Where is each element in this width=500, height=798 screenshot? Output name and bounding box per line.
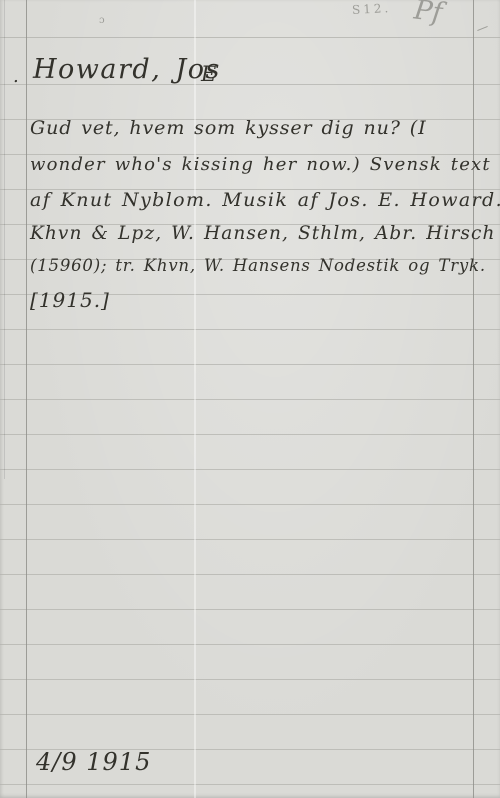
- entry-line: [1915.]: [30, 288, 110, 312]
- entry-line: wonder who's kissing her now.) Svensk te…: [30, 154, 491, 175]
- date-note: 4/9 1915: [36, 748, 151, 776]
- pencil-tick-mark: [477, 26, 488, 31]
- shelf-mark-instrument: Pf: [412, 0, 444, 29]
- heading-author-name: Howard, Jos: [33, 54, 221, 85]
- paper-edge-shadow: [4, 0, 5, 479]
- stray-pencil-mark: ɔ: [99, 15, 105, 26]
- entry-line: af Knut Nyblom. Musik af Jos. E. Howard.: [30, 189, 500, 211]
- entry-line: Gud vet, hvem som kysser dig nu? (I: [30, 117, 427, 139]
- left-margin-line: [26, 0, 27, 798]
- catalog-card: S12. Pf ɔ . Howard, Jos E Gud vet, hvem …: [0, 0, 500, 798]
- heading-author: Howard, Jos E: [33, 54, 221, 85]
- top-rule-line: [0, 37, 500, 38]
- right-margin-line: [473, 0, 474, 798]
- shelf-mark-classifier: S12.: [352, 1, 392, 17]
- entry-line: (15960); tr. Khvn, W. Hansens Nodestik o…: [30, 256, 486, 275]
- heading-author-initial: E: [201, 62, 218, 86]
- entry-line: Khvn & Lpz, W. Hansen, Sthlm, Abr. Hirsc…: [30, 223, 496, 244]
- leading-dot: .: [13, 66, 19, 87]
